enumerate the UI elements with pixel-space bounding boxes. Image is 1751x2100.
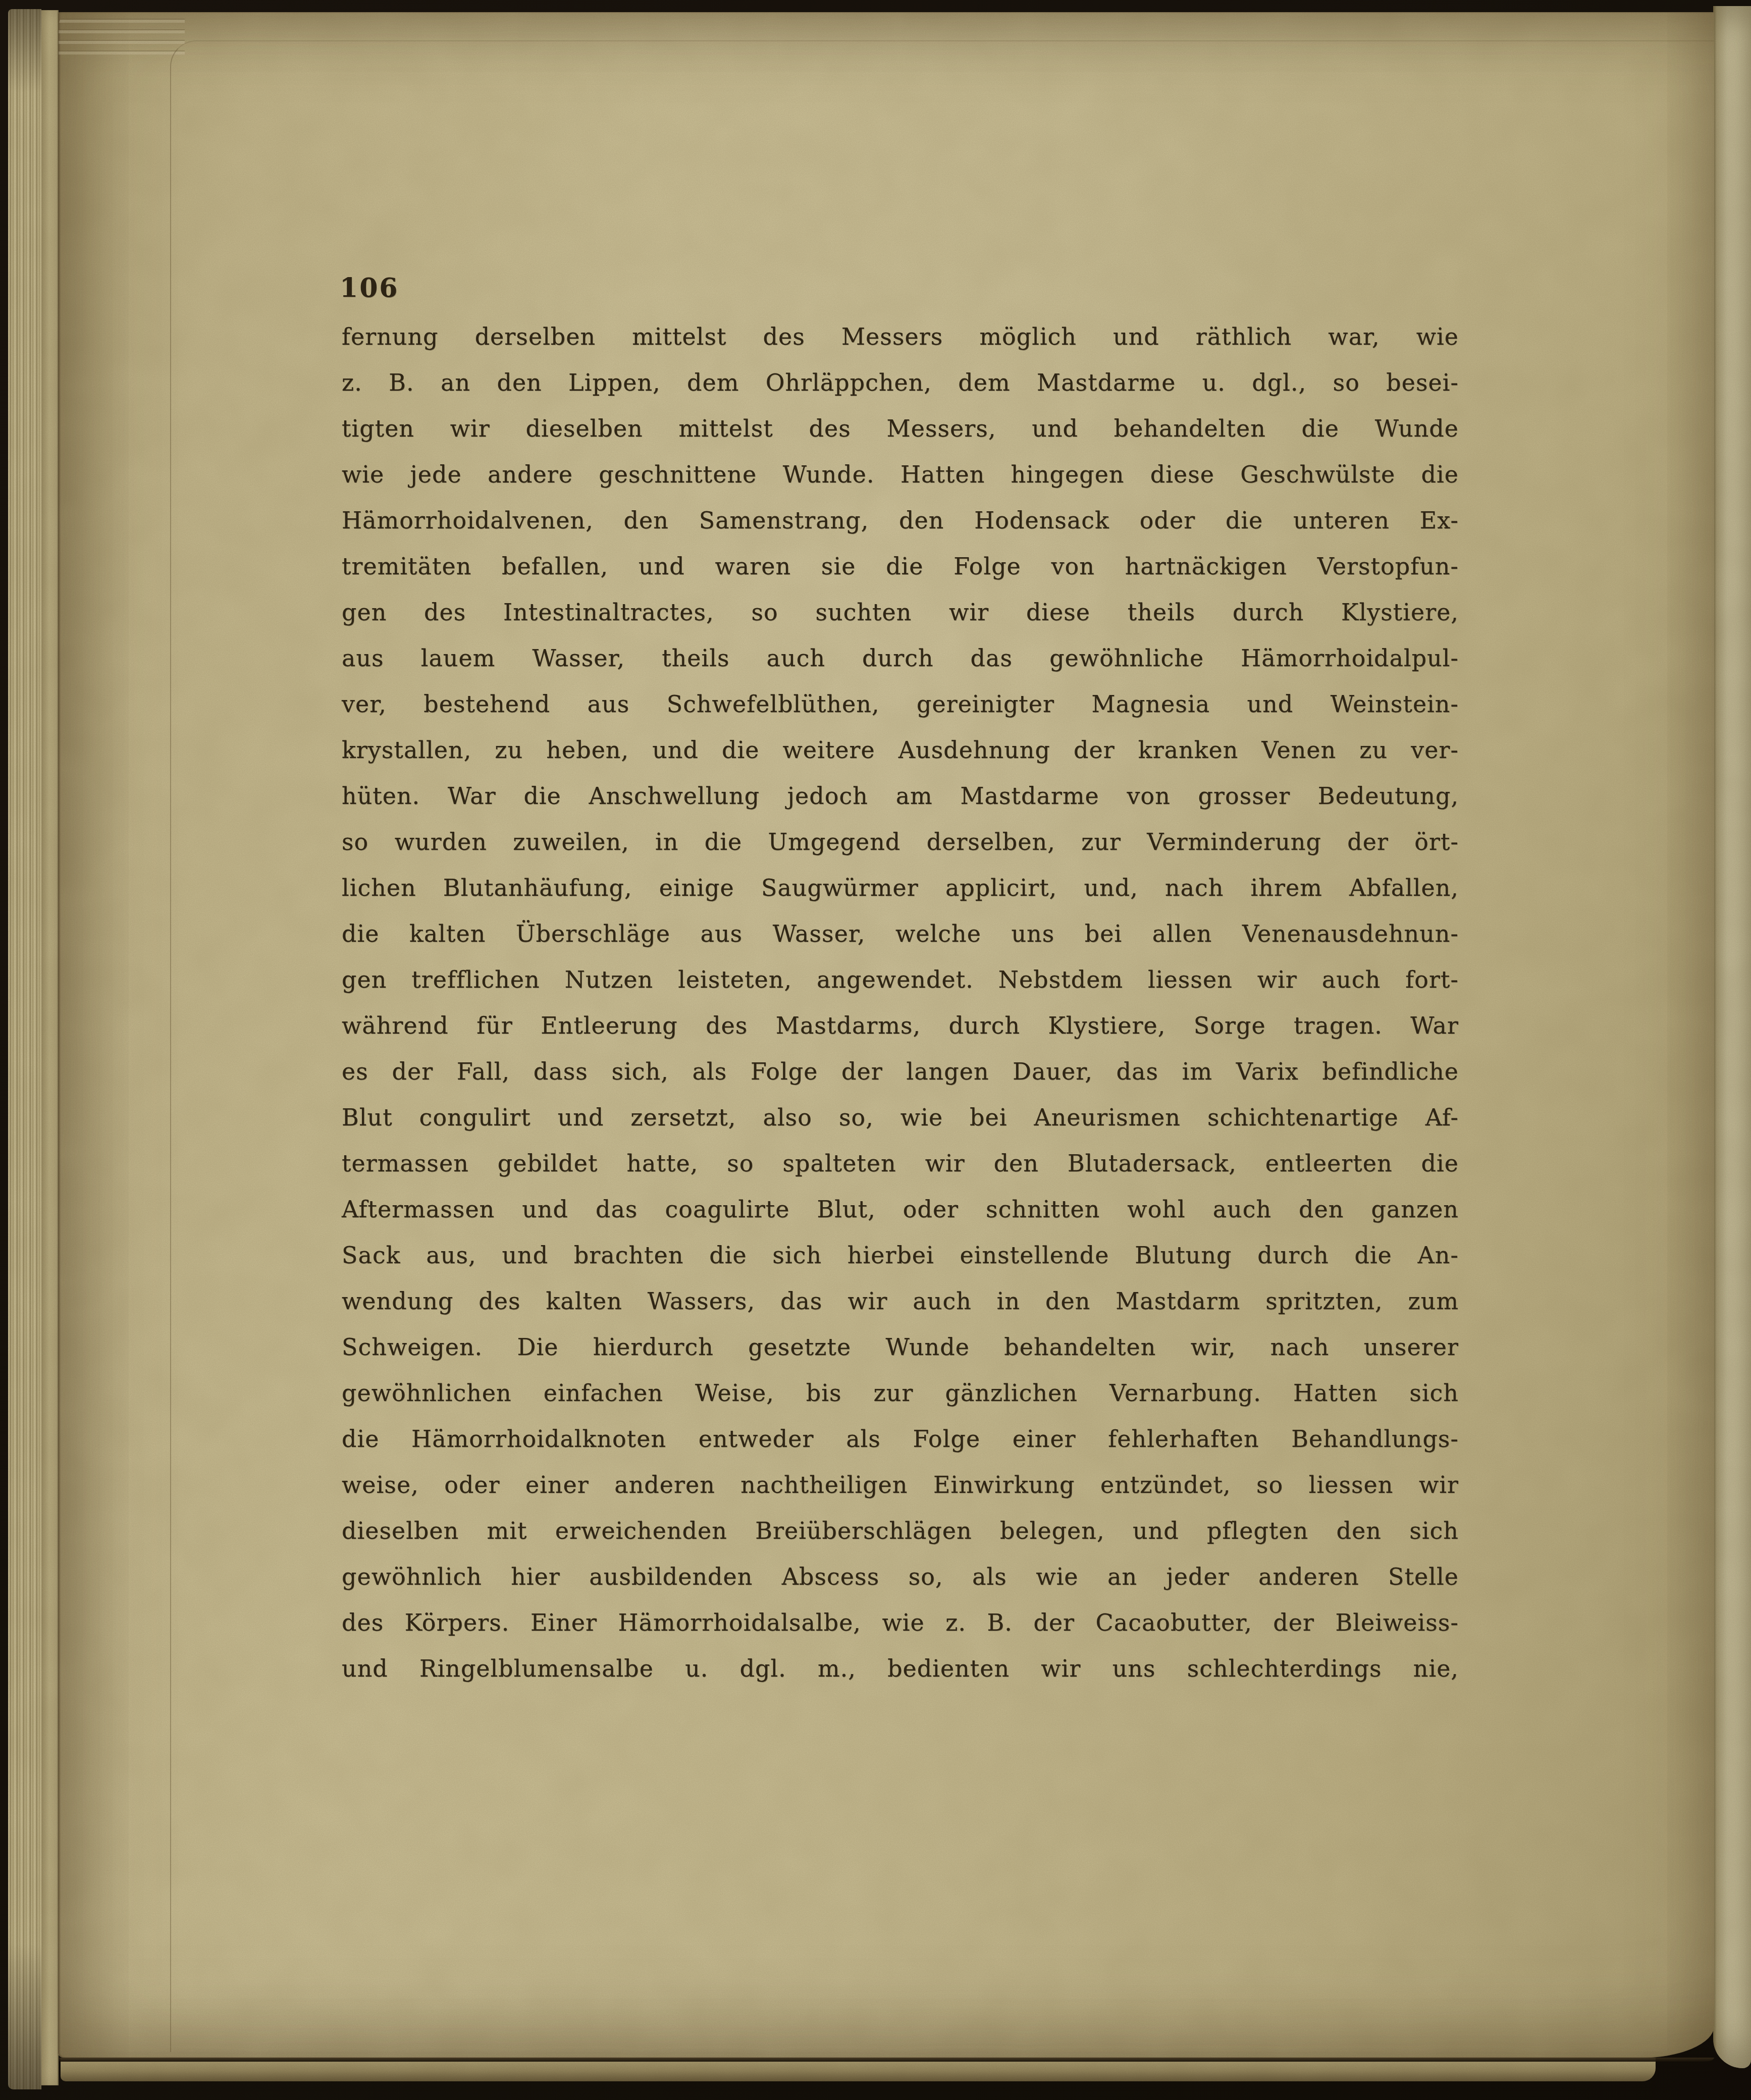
- page-corner-stack-lines: [59, 12, 185, 59]
- book-page: 106 fernung derselben mittelst des Messe…: [58, 12, 1714, 2058]
- text-line: z. B. an den Lippen, dem Ohrläppchen, de…: [342, 360, 1459, 406]
- text-line: gewöhnlichen einfachen Weise, bis zur gä…: [342, 1370, 1459, 1416]
- text-line: aus lauem Wasser, theils auch durch das …: [342, 635, 1459, 681]
- text-line: die kalten Überschläge aus Wasser, welch…: [342, 911, 1459, 957]
- text-line: termassen gebildet hatte, so spalteten w…: [342, 1141, 1459, 1187]
- text-line: gen trefflichen Nutzen leisteten, angewe…: [342, 957, 1459, 1003]
- text-line: während für Entleerung des Mastdarms, du…: [342, 1003, 1459, 1049]
- text-line: es der Fall, dass sich, als Folge der la…: [342, 1049, 1459, 1095]
- text-line: und Ringelblumensalbe u. dgl. m., bedien…: [342, 1646, 1459, 1692]
- text-line: lichen Blutanhäufung, einige Saugwürmer …: [342, 865, 1459, 911]
- text-line: dieselben mit erweichenden Breiüberschlä…: [342, 1508, 1459, 1554]
- body-text: fernung derselben mittelst des Messers m…: [342, 314, 1459, 1692]
- text-line: Blut congulirt und zersetzt, also so, wi…: [342, 1095, 1459, 1141]
- text-line: Sack aus, und brachten die sich hierbei …: [342, 1232, 1459, 1278]
- text-line: Aftermassen und das coagulirte Blut, ode…: [342, 1187, 1459, 1232]
- text-line: gewöhnlich hier ausbildenden Abscess so,…: [342, 1554, 1459, 1600]
- text-line: des Körpers. Einer Hämorrhoidalsalbe, wi…: [342, 1600, 1459, 1646]
- page-stack-edges: [8, 9, 41, 2089]
- next-page-edge: [1713, 6, 1751, 2068]
- text-line: tigten wir dieselben mittelst des Messer…: [342, 406, 1459, 452]
- text-line: wie jede andere geschnittene Wunde. Hatt…: [342, 452, 1459, 498]
- text-line: wendung des kalten Wassers, das wir auch…: [342, 1278, 1459, 1324]
- text-line: tremitäten befallen, und waren sie die F…: [342, 544, 1459, 589]
- text-line: die Hämorrhoidalknoten entweder als Folg…: [342, 1416, 1459, 1462]
- text-line: fernung derselben mittelst des Messers m…: [342, 314, 1459, 360]
- text-line: ver, bestehend aus Schwefelblüthen, gere…: [342, 681, 1459, 727]
- text-line: hüten. War die Anschwellung jedoch am Ma…: [342, 773, 1459, 819]
- text-line: so wurden zuweilen, in die Umgegend ders…: [342, 819, 1459, 865]
- text-line: weise, oder einer anderen nachtheiligen …: [342, 1462, 1459, 1508]
- under-leaf-edge: [41, 10, 59, 2085]
- text-line: Schweigen. Die hierdurch gesetzte Wunde …: [342, 1324, 1459, 1370]
- text-line: Hämorrhoidalvenen, den Samenstrang, den …: [342, 498, 1459, 544]
- text-line: gen des Intestinaltractes, so suchten wi…: [342, 589, 1459, 635]
- page-number: 106: [340, 273, 399, 303]
- book-scan: 106 fernung derselben mittelst des Messe…: [0, 0, 1751, 2100]
- text-line: krystallen, zu heben, und die weitere Au…: [342, 727, 1459, 773]
